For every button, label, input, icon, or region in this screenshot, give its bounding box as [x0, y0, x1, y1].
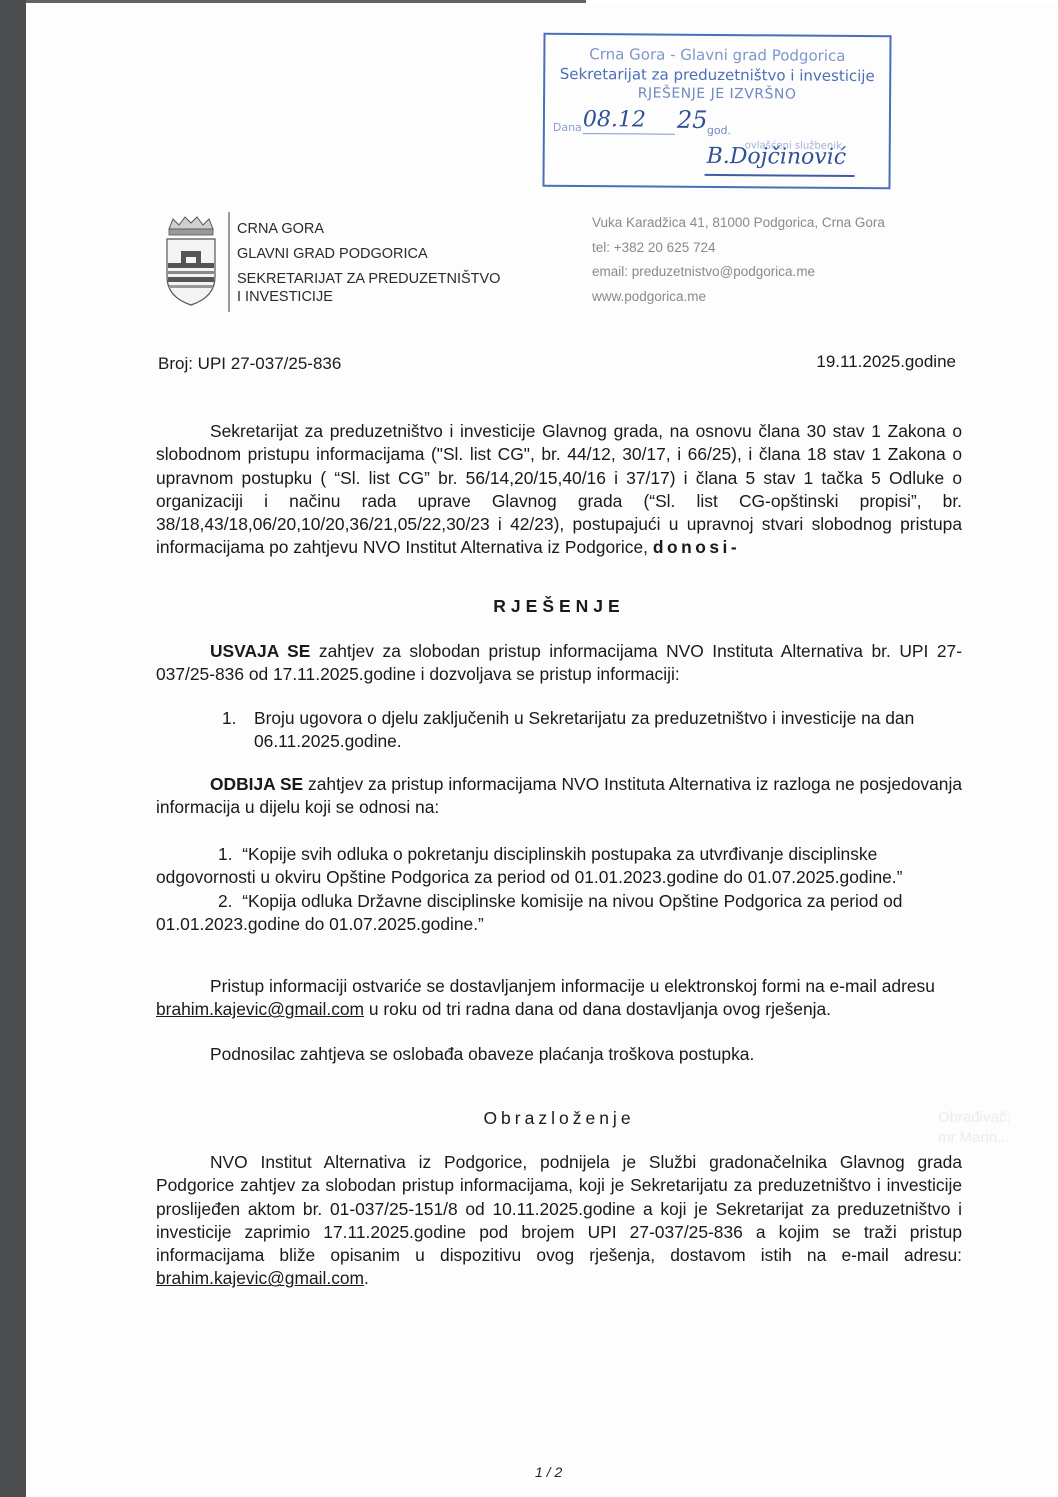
stamp-line-3: RJEŠENJE JE IZVRŠNO — [545, 85, 889, 103]
rejected-item-text: “Kopije svih odluka o pokretanju discipl… — [156, 844, 902, 887]
document-date: 19.11.2025.godine — [816, 352, 956, 372]
rejected-item-number: 1. — [218, 844, 233, 864]
intro-text: Sekretarijat za preduzetništvo i investi… — [156, 421, 962, 557]
page-number: 1 / 2 — [535, 1464, 562, 1480]
letterhead-institution: CRNA GORA GLAVNI GRAD PODGORICA SEKRETAR… — [237, 217, 500, 306]
costs-paragraph: Podnosilac zahtjeva se oslobađa obaveze … — [156, 1043, 962, 1066]
city-crest-icon — [163, 215, 219, 307]
reasoning-end: . — [364, 1268, 369, 1288]
letterhead-city: GLAVNI GRAD PODGORICA — [237, 242, 500, 267]
letterhead-country: CRNA GORA — [237, 217, 500, 242]
approved-item-text: Broju ugovora o djelu zaključenih u Sekr… — [254, 707, 962, 754]
rejected-list-item: 1. “Kopije svih odluka o pokretanju disc… — [156, 843, 946, 890]
stamp-signature-line — [705, 174, 855, 177]
approved-list-item: 1. Broju ugovora o djelu zaključenih u S… — [222, 707, 962, 754]
rejected-item-number: 2. — [218, 891, 233, 911]
letterhead-secretariat-line-1: SEKRETARIJAT ZA PREDUZETNIŠTVO — [237, 270, 500, 288]
stamp-god-label: god. — [707, 124, 731, 137]
execution-stamp: Crna Gora - Glavni grad Podgorica Sekret… — [542, 33, 891, 189]
letterhead-address: Vuka Karadžica 41, 81000 Podgorica, Crna… — [592, 211, 885, 236]
stamp-line-2: Sekretarijat za preduzetništvo i investi… — [545, 65, 889, 85]
letterhead-email[interactable]: email: preduzetnistvo@podgorica.me — [592, 260, 885, 285]
rejected-list-item: 2. “Kopija odluka Državne disciplinske k… — [156, 890, 946, 937]
intro-donosi: donosi- — [653, 537, 740, 557]
approve-paragraph: USVAJA SE zahtjev za slobodan pristup in… — [156, 640, 962, 687]
decision-heading: RJEŠENJE — [156, 596, 962, 617]
access-paragraph: Pristup informaciji ostvariće se dostavl… — [156, 975, 956, 1022]
stamp-signature: B.Dojčinović — [707, 144, 847, 170]
scan-border-left — [0, 0, 26, 1497]
reject-label: ODBIJA SE — [210, 774, 303, 794]
scan-border-top — [26, 0, 586, 3]
access-text-end: u roku od tri radna dana od dana dostavl… — [364, 999, 831, 1019]
letterhead-divider — [228, 212, 230, 312]
intro-paragraph: Sekretarijat za preduzetništvo i investi… — [156, 420, 962, 560]
reasoning-heading: Obrazloženje — [156, 1108, 962, 1129]
rejected-list: 1. “Kopije svih odluka o pokretanju disc… — [156, 843, 946, 936]
stamp-date: 08.12 — [583, 107, 646, 132]
approve-label: USVAJA SE — [210, 641, 310, 661]
stamp-date-line — [583, 133, 675, 135]
reject-paragraph: ODBIJA SE zahtjev za pristup informacija… — [156, 773, 962, 820]
letterhead-contact: Vuka Karadžica 41, 81000 Podgorica, Crna… — [592, 211, 885, 309]
bleed-through-line: mr Marin... — [938, 1128, 1011, 1148]
access-email-link[interactable]: brahim.kajevic@gmail.com — [156, 999, 364, 1019]
rejected-item-text: “Kopija odluka Državne disciplinske komi… — [156, 891, 902, 934]
document-number: Broj: UPI 27-037/25-836 — [158, 354, 341, 374]
access-text: Pristup informaciji ostvariće se dostavl… — [210, 976, 935, 996]
reasoning-email-link[interactable]: brahim.kajevic@gmail.com — [156, 1268, 364, 1288]
stamp-year: 25 — [677, 106, 708, 134]
bleed-through-line: Obrađivač: — [938, 1108, 1011, 1128]
reasoning-paragraph: NVO Institut Alternativa iz Podgorice, p… — [156, 1151, 962, 1291]
stamp-line-1: Crna Gora - Glavni grad Podgorica — [545, 45, 889, 65]
letterhead-phone: tel: +382 20 625 724 — [592, 236, 885, 261]
bleed-through-text: Obrađivač: mr Marin... — [938, 1108, 1011, 1148]
reasoning-text: NVO Institut Alternativa iz Podgorice, p… — [156, 1152, 962, 1265]
letterhead-secretariat: SEKRETARIJAT ZA PREDUZETNIŠTVO I INVESTI… — [237, 270, 500, 306]
approved-item-number: 1. — [222, 707, 237, 730]
letterhead-secretariat-line-2: I INVESTICIJE — [237, 288, 500, 306]
letterhead-website[interactable]: www.podgorica.me — [592, 285, 885, 310]
stamp-dana-label: Dana — [553, 121, 582, 134]
